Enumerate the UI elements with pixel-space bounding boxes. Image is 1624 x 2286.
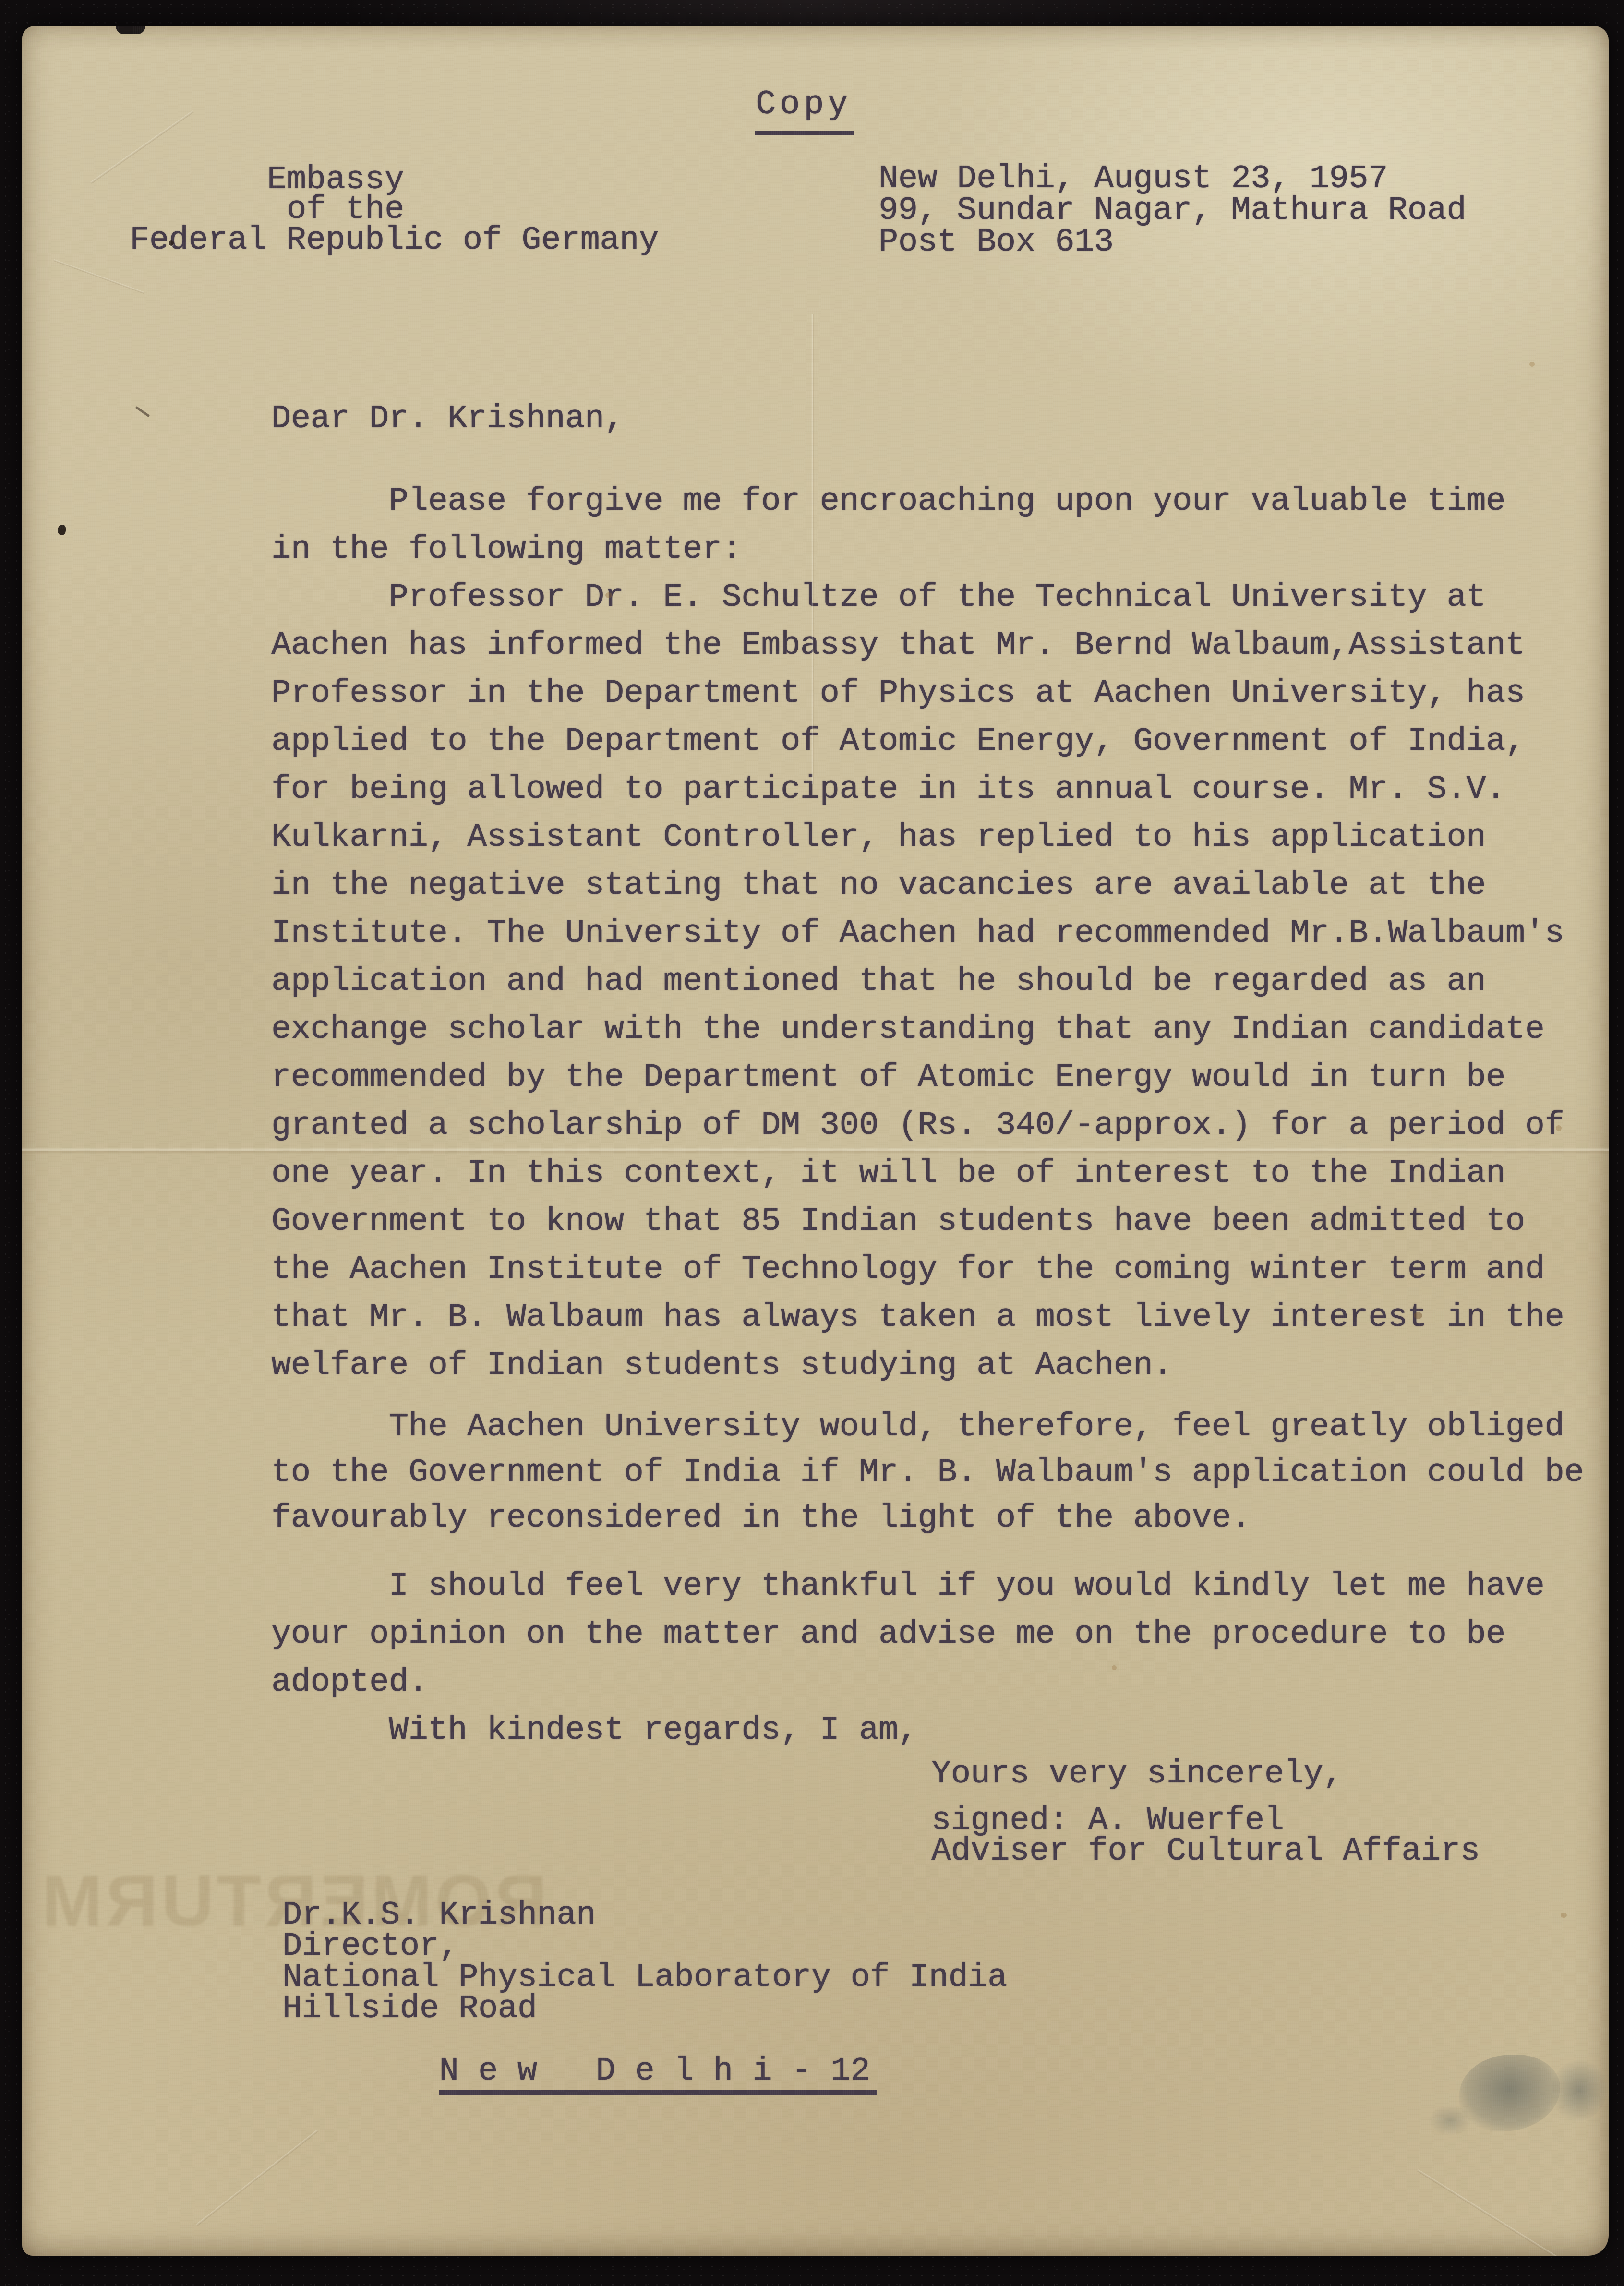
body-line: Kulkarni, Assistant Controller, has repl… bbox=[271, 814, 1564, 862]
date-line: New Delhi, August 23, 1957 bbox=[878, 163, 1466, 195]
body-line: to the Government of India if Mr. B. Wal… bbox=[271, 1450, 1584, 1495]
horizontal-fold-crease bbox=[22, 1147, 1609, 1154]
closing-valediction: Yours very sincerely, bbox=[931, 1757, 1343, 1792]
body-line: Institute. The University of Aachen had … bbox=[271, 910, 1564, 958]
body-line: With kindest regards, I am, bbox=[271, 1707, 1544, 1755]
copy-label: Copy bbox=[755, 84, 854, 135]
body-line: for being allowed to participate in its … bbox=[271, 766, 1564, 814]
ink-stain bbox=[1459, 2055, 1560, 2131]
paper-edge-chip bbox=[116, 26, 145, 34]
recipient-line: Dr.K.S. Krishnan bbox=[282, 1900, 1007, 1931]
ink-stain bbox=[1551, 2059, 1608, 2122]
body-line: welfare of Indian students studying at A… bbox=[271, 1342, 1564, 1390]
vertical-fold-crease bbox=[811, 314, 814, 784]
body-line: Government to know that 85 Indian studen… bbox=[271, 1198, 1564, 1246]
copy-heading: Copy bbox=[755, 84, 854, 135]
body-line: the Aachen Institute of Technology for t… bbox=[271, 1246, 1564, 1294]
body-line: Aachen has informed the Embassy that Mr.… bbox=[271, 622, 1564, 670]
foxing-spot bbox=[1112, 1665, 1117, 1670]
sender-line: Federal Republic of Germany bbox=[130, 225, 659, 256]
letter-page: ROMERTURM-KIANGCHAI Copy Embassy of the … bbox=[22, 26, 1609, 2256]
body-paragraph: Please forgive me for encroaching upon y… bbox=[271, 478, 1505, 574]
paper-hole-mark bbox=[58, 525, 66, 535]
body-line: The Aachen University would, therefore, … bbox=[271, 1404, 1584, 1450]
body-line: application and had mentioned that he sh… bbox=[271, 958, 1564, 1006]
body-line: Professor Dr. E. Schultze of the Technic… bbox=[271, 574, 1564, 622]
body-paragraph: The Aachen University would, therefore, … bbox=[271, 1404, 1584, 1541]
foxing-spot bbox=[1414, 1312, 1422, 1319]
foxing-spot bbox=[1561, 1913, 1567, 1918]
ink-stain bbox=[1429, 2105, 1472, 2136]
body-line: Professor in the Department of Physics a… bbox=[271, 670, 1564, 718]
body-line: recommended by the Department of Atomic … bbox=[271, 1054, 1564, 1102]
body-line: applied to the Department of Atomic Ener… bbox=[271, 718, 1564, 766]
salutation: Dear Dr. Krishnan, bbox=[271, 395, 624, 443]
date-line: Post Box 613 bbox=[878, 227, 1466, 258]
foxing-spot bbox=[605, 592, 612, 598]
body-line: that Mr. B. Walbaum has always taken a m… bbox=[271, 1294, 1564, 1342]
body-line: adopted. bbox=[271, 1659, 1544, 1707]
body-line: one year. In this context, it will be of… bbox=[271, 1150, 1564, 1198]
crease-slash-mark bbox=[135, 406, 150, 418]
body-line: in the following matter: bbox=[271, 526, 1505, 574]
body-line: your opinion on the matter and advise me… bbox=[271, 1611, 1544, 1659]
foxing-spot bbox=[1556, 1125, 1562, 1131]
body-line: exchange scholar with the understanding … bbox=[271, 1006, 1564, 1054]
sender-line: of the bbox=[287, 194, 404, 226]
recipient-line: Hillside Road bbox=[282, 1993, 1007, 2024]
wrinkle-mark bbox=[53, 259, 144, 294]
recipient-address-block: Dr.K.S. Krishnan Director, National Phys… bbox=[282, 1900, 1007, 2056]
body-line: I should feel very thankful if you would… bbox=[271, 1563, 1544, 1611]
body-paragraph: I should feel very thankful if you would… bbox=[271, 1563, 1544, 1755]
wrinkle-mark bbox=[196, 2130, 318, 2226]
body-line: in the negative stating that no vacancie… bbox=[271, 862, 1564, 910]
body-line: favourably reconsidered in the light of … bbox=[271, 1495, 1584, 1541]
scan-background: ROMERTURM-KIANGCHAI Copy Embassy of the … bbox=[0, 0, 1624, 2286]
pinhole-mark bbox=[169, 240, 174, 246]
date-address-block: New Delhi, August 23, 1957 99, Sundar Na… bbox=[878, 163, 1466, 258]
date-line: 99, Sundar Nagar, Mathura Road bbox=[878, 195, 1466, 227]
signature-title: Adviser for Cultural Affairs bbox=[931, 1834, 1480, 1869]
body-paragraph: Professor Dr. E. Schultze of the Technic… bbox=[271, 574, 1564, 1390]
recipient-city-text: N e w D e l h i - 12 bbox=[439, 2056, 877, 2095]
foxing-spot bbox=[1529, 362, 1535, 367]
recipient-line: National Physical Laboratory of India bbox=[282, 1962, 1007, 1993]
body-line: granted a scholarship of DM 300 (Rs. 340… bbox=[271, 1102, 1564, 1150]
recipient-line: Director, bbox=[282, 1931, 1007, 1962]
wrinkle-mark bbox=[1417, 2169, 1565, 2256]
recipient-city-underlined: N e w D e l h i - 12 bbox=[282, 2024, 1007, 2056]
wrinkle-mark bbox=[90, 110, 194, 184]
body-line: Please forgive me for encroaching upon y… bbox=[271, 478, 1505, 526]
